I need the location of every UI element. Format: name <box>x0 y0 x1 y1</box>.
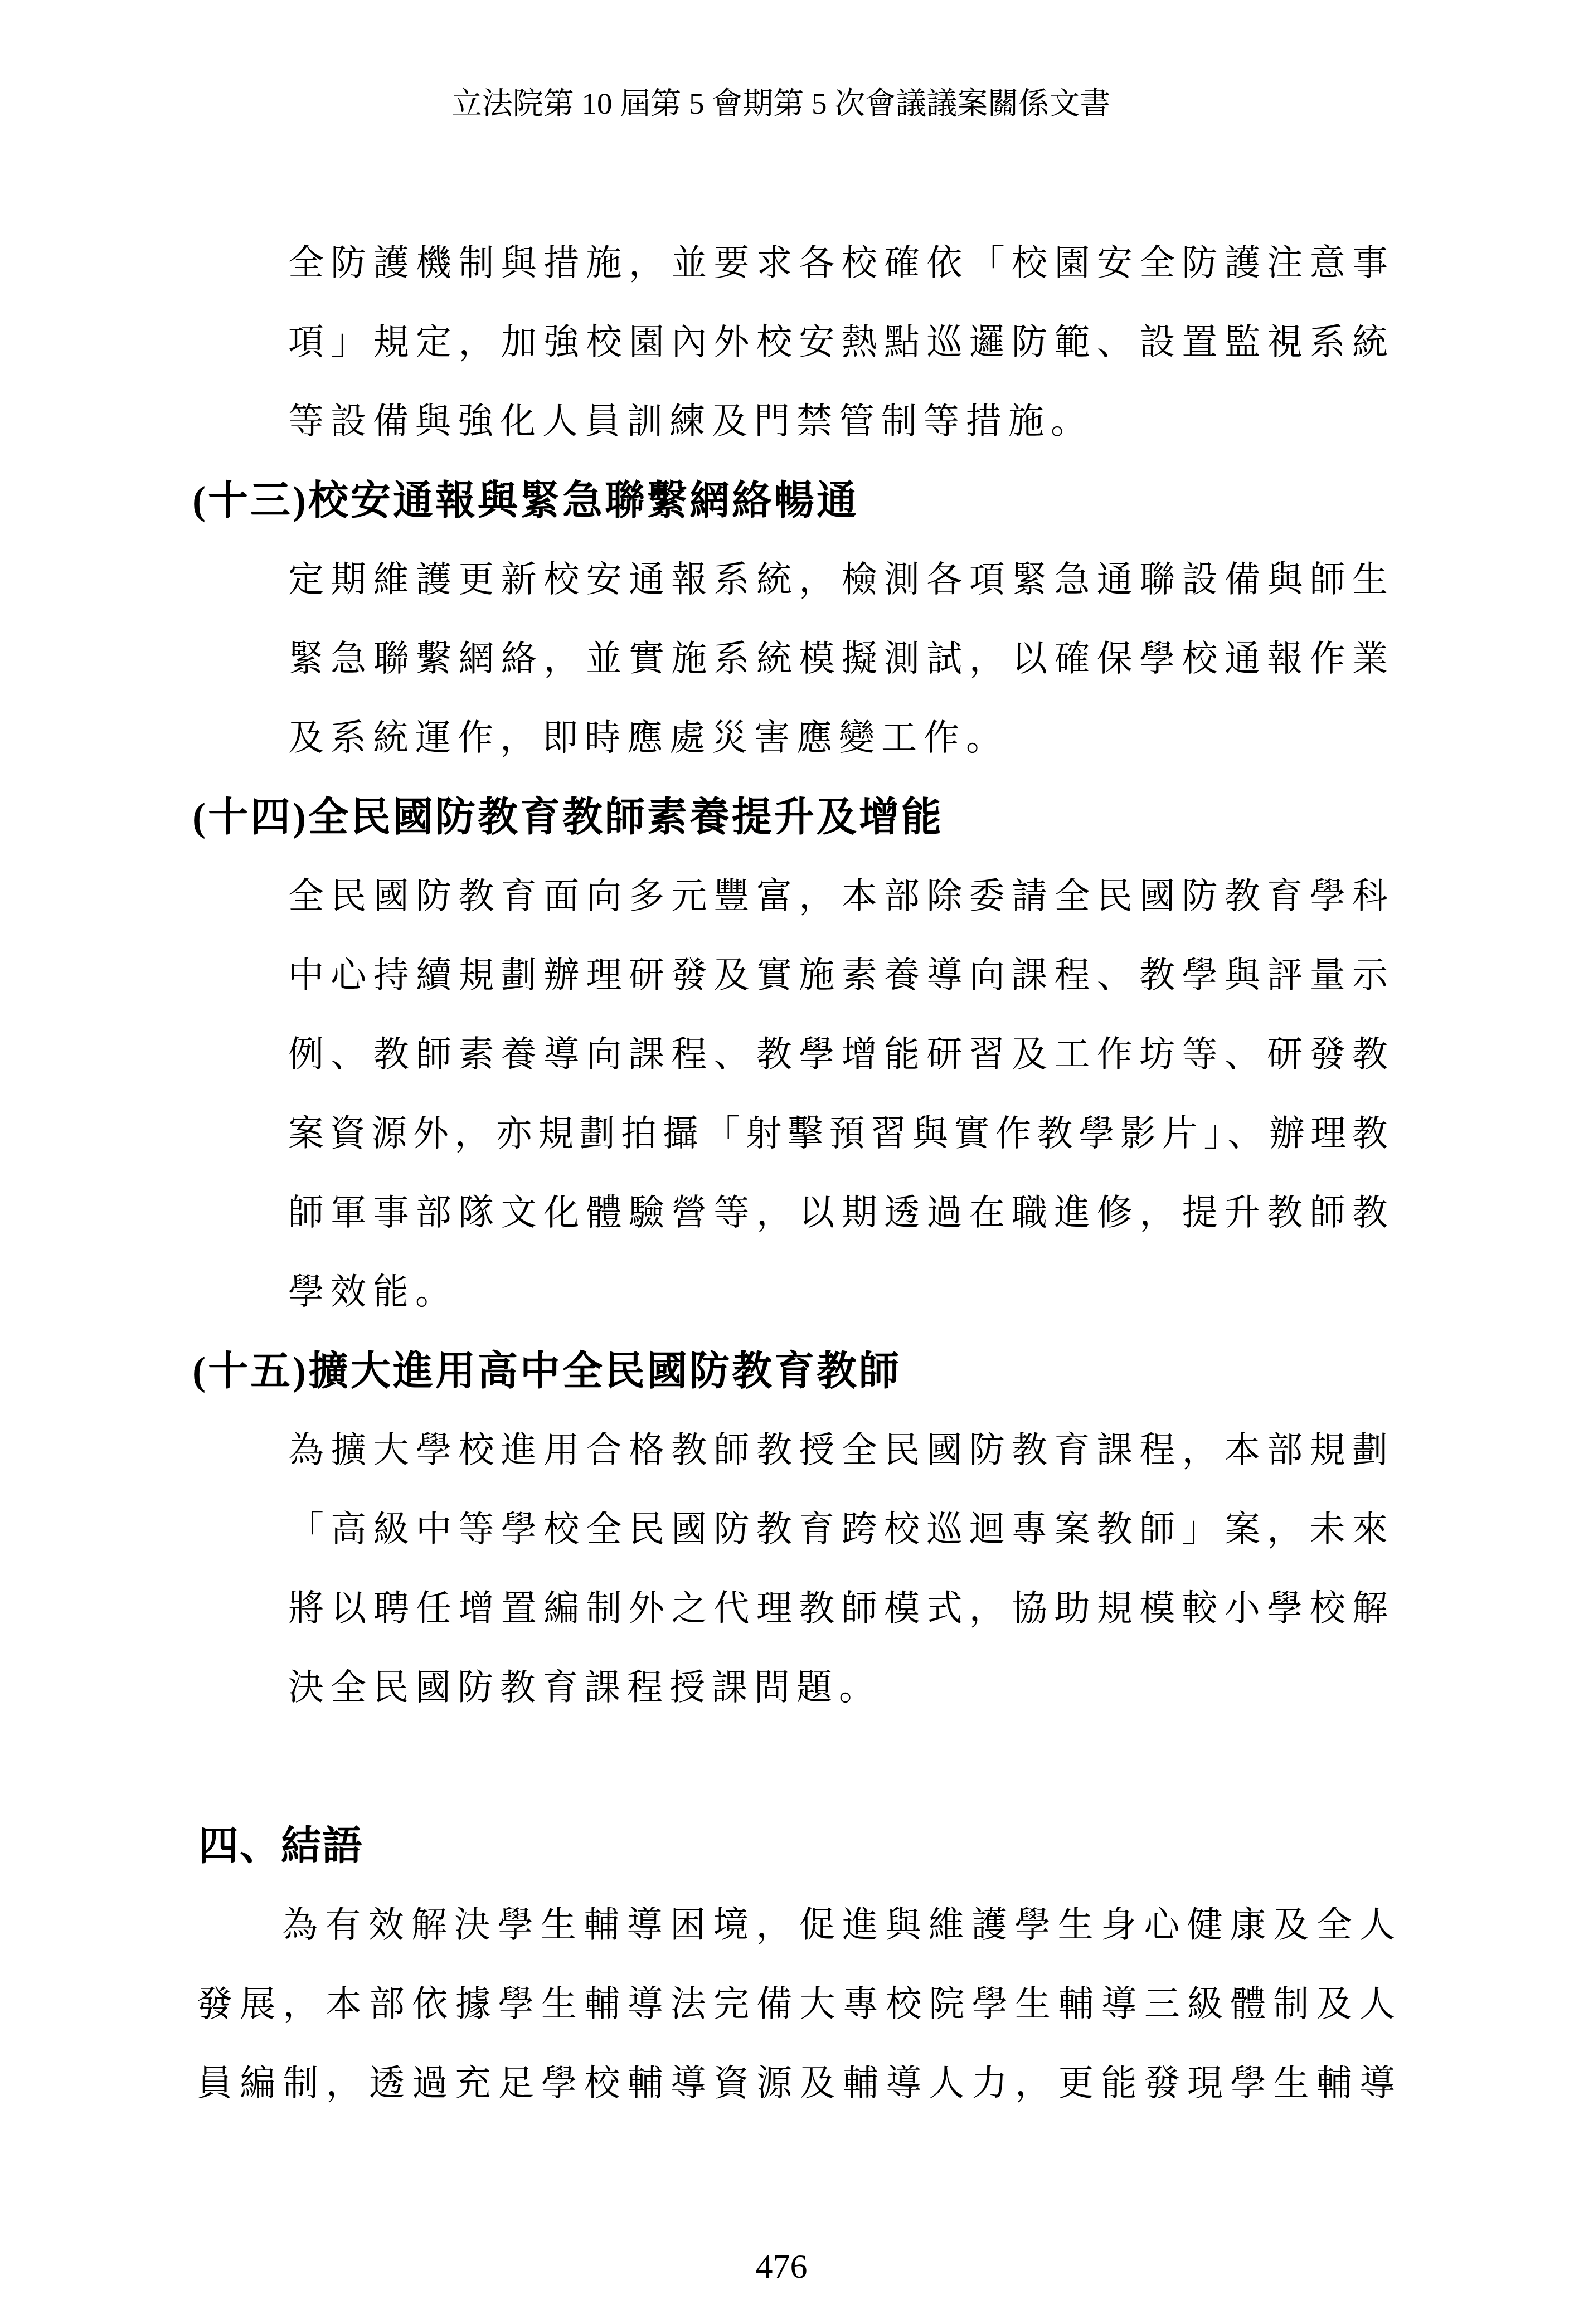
body-text-line: 決全民國防教育課程授課問題。 <box>288 1648 1388 1727</box>
paragraph-line: 發展，本部依據學生輔導法完備大專校院學生輔導三級體制及人 <box>0 1965 1574 2044</box>
paragraph-line: 為有效解決學生輔導困境，促進與維護學生身心健康及全人 <box>0 1885 1574 1965</box>
body-text-line: 為有效解決學生輔導困境，促進與維護學生身心健康及全人 <box>282 1885 1395 1965</box>
page-number: 476 <box>0 2247 1563 2286</box>
body-text-line: 發展，本部依據學生輔導法完備大專校院學生輔導三級體制及人 <box>197 1965 1395 2044</box>
paragraph-line: 例、教師素養導向課程、教學增能研習及工作坊等、研發教 <box>0 1015 1574 1094</box>
body-text-line: 「高級中等學校全民國防教育跨校巡迴專案教師」案，未來 <box>288 1490 1388 1569</box>
body-text-line: 將以聘任增置編制外之代理教師模式，協助規模較小學校解 <box>288 1569 1388 1648</box>
paragraph-line: 全防護機制與措施，並要求各校確依「校園安全防護注意事 <box>0 223 1574 303</box>
section-heading-row: 四、結語 <box>0 1806 1574 1885</box>
body-text-line: 全防護機制與措施，並要求各校確依「校園安全防護注意事 <box>288 223 1388 303</box>
chapter-heading: 四、結語 <box>198 1806 363 1885</box>
paragraph-line: 師軍事部隊文化體驗營等，以期透過在職進修，提升教師教 <box>0 1173 1574 1252</box>
paragraph-line: 中心持續規劃辦理研發及實施素養導向課程、教學與評量示 <box>0 936 1574 1015</box>
body-text-line: 中心持續規劃辦理研發及實施素養導向課程、教學與評量示 <box>288 936 1388 1015</box>
paragraph-line: 員編制，透過充足學校輔導資源及輔導人力，更能發現學生輔導 <box>0 2044 1574 2123</box>
section-heading-row: (十四)全民國防教育教師素養提升及增能 <box>0 777 1574 857</box>
paragraph-line: 決全民國防教育課程授課問題。 <box>0 1648 1574 1727</box>
document-body: 全防護機制與措施，並要求各校確依「校園安全防護注意事 項」規定，加強校園內外校安… <box>0 223 1574 2123</box>
body-text-line: 員編制，透過充足學校輔導資源及輔導人力，更能發現學生輔導 <box>197 2044 1395 2123</box>
body-text-line: 等設備與強化人員訓練及門禁管制等措施。 <box>288 382 1388 461</box>
body-text-line: 緊急聯繫網絡，並實施系統模擬測試，以確保學校通報作業 <box>288 619 1388 698</box>
body-text-line: 案資源外，亦規劃拍攝「射擊預習與實作教學影片」、辦理教 <box>288 1094 1388 1173</box>
paragraph-line: 案資源外，亦規劃拍攝「射擊預習與實作教學影片」、辦理教 <box>0 1094 1574 1173</box>
body-text-line: 項」規定，加強校園內外校安熱點巡邏防範、設置監視系統 <box>288 303 1388 382</box>
section-heading: (十五)擴大進用高中全民國防教育教師 <box>192 1331 901 1411</box>
paragraph-line: 「高級中等學校全民國防教育跨校巡迴專案教師」案，未來 <box>0 1490 1574 1569</box>
paragraph-line: 緊急聯繫網絡，並實施系統模擬測試，以確保學校通報作業 <box>0 619 1574 698</box>
paragraph-line: 定期維護更新校安通報系統，檢測各項緊急通聯設備與師生 <box>0 540 1574 619</box>
paragraph-line: 將以聘任增置編制外之代理教師模式，協助規模較小學校解 <box>0 1569 1574 1648</box>
paragraph-line: 項」規定，加強校園內外校安熱點巡邏防範、設置監視系統 <box>0 303 1574 382</box>
running-header: 立法院第 10 屆第 5 會期第 5 次會議議案關係文書 <box>0 84 1562 123</box>
paragraph-line: 及系統運作，即時應處災害應變工作。 <box>0 698 1574 777</box>
body-text-line: 及系統運作，即時應處災害應變工作。 <box>288 698 1388 777</box>
paragraph-line: 全民國防教育面向多元豐富，本部除委請全民國防教育學科 <box>0 857 1574 936</box>
section-heading-row: (十三)校安通報與緊急聯繫網絡暢通 <box>0 461 1574 540</box>
body-text-line: 定期維護更新校安通報系統，檢測各項緊急通聯設備與師生 <box>288 540 1388 619</box>
paragraph-line: 學效能。 <box>0 1252 1574 1331</box>
body-text-line: 例、教師素養導向課程、教學增能研習及工作坊等、研發教 <box>288 1015 1388 1094</box>
body-text-line: 全民國防教育面向多元豐富，本部除委請全民國防教育學科 <box>288 857 1388 936</box>
blank-line <box>0 1727 1574 1806</box>
section-heading: (十三)校安通報與緊急聯繫網絡暢通 <box>192 461 859 540</box>
section-heading: (十四)全民國防教育教師素養提升及增能 <box>192 777 944 857</box>
body-text-line: 學效能。 <box>288 1252 1388 1331</box>
document-page: 立法院第 10 屆第 5 會期第 5 次會議議案關係文書 全防護機制與措施，並要… <box>0 0 1574 2324</box>
body-text-line: 師軍事部隊文化體驗營等，以期透過在職進修，提升教師教 <box>288 1173 1388 1252</box>
paragraph-line: 等設備與強化人員訓練及門禁管制等措施。 <box>0 382 1574 461</box>
body-text-line: 為擴大學校進用合格教師教授全民國防教育課程，本部規劃 <box>288 1411 1388 1490</box>
paragraph-line: 為擴大學校進用合格教師教授全民國防教育課程，本部規劃 <box>0 1411 1574 1490</box>
section-heading-row: (十五)擴大進用高中全民國防教育教師 <box>0 1331 1574 1411</box>
